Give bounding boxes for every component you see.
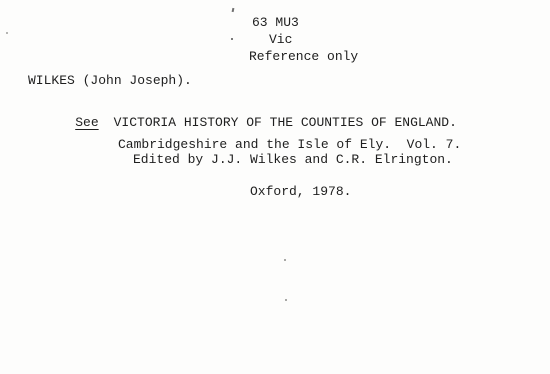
shelfmark: 63 MU3 (252, 16, 299, 29)
ink-speck (285, 299, 287, 301)
imprint-line: Oxford, 1978. (250, 185, 351, 198)
see-target: VICTORIA HISTORY OF THE COUNTIES OF ENGL… (99, 115, 457, 130)
catalog-card: 63 MU3 Vic Reference only WILKES (John J… (0, 0, 550, 374)
title-line: Cambridgeshire and the Isle of Ely. Vol.… (118, 138, 461, 151)
location-code: Vic (269, 33, 292, 46)
reference-status: Reference only (249, 50, 358, 63)
author-heading: WILKES (John Joseph). (28, 74, 192, 87)
ink-speck (284, 259, 286, 261)
ink-speck (6, 32, 8, 34)
ink-speck (232, 8, 235, 12)
see-label: See (75, 115, 98, 130)
editors-line: Edited by J.J. Wilkes and C.R. Elrington… (133, 153, 453, 166)
ink-speck (231, 38, 233, 40)
